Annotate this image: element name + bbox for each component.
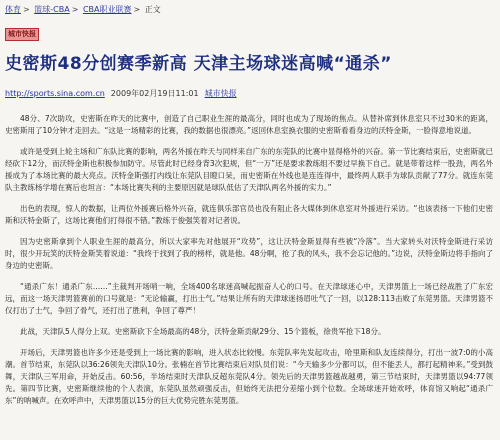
breadcrumb-link-sports[interactable]: 体育 [5, 5, 21, 14]
article-paragraph: 出色的表现，惊人的数据，让两位外援赛后格外兴奋，就连俱乐部官员也没有阻止各大媒体… [5, 203, 493, 227]
publish-datetime: 2009年02月19日11:01 [111, 89, 199, 98]
article-body: 48分、7次助攻，史密斯在昨天的比赛中，创造了自己职业生涯的最高分，同时也成为了… [5, 113, 493, 407]
breadcrumb-link-cba-league[interactable]: CBA职业联赛 [83, 5, 132, 14]
article-title: 史密斯48分创赛季新高 天津主场球迷高喊“通杀” [5, 54, 493, 75]
article-page: 体育> 篮球-CBA> CBA职业联赛> 正文 城市快报 史密斯48分创赛季新高… [0, 0, 500, 407]
source-name-link[interactable]: 城市快报 [205, 89, 237, 98]
source-url-link[interactable]: http://sports.sina.com.cn [5, 89, 105, 98]
article-paragraph: 此战，天津队5人得分上双。史密斯砍下全场最高的48分，沃特金斯贡献29分、15个… [5, 326, 493, 338]
breadcrumb-link-basketball-cba[interactable]: 篮球-CBA [34, 5, 69, 14]
article-meta: http://sports.sina.com.cn2009年02月19日11:0… [5, 89, 493, 99]
article-paragraph: 或许是受到上轮主场和广东队比赛的影响，两名外援在昨天与同样来自广东的东莞队的比赛… [5, 146, 493, 194]
article-paragraph: “通杀广东！通杀广东……”主裁判开场哨一响，全场400名球迷高喊起振奋人心的口号… [5, 281, 493, 317]
column-badge: 城市快报 [5, 28, 39, 41]
breadcrumb-separator: > [72, 5, 79, 14]
breadcrumb: 体育> 篮球-CBA> CBA职业联赛> 正文 [5, 5, 493, 15]
article-paragraph: 因为史密斯拿到个人职业生涯的最高分，所以大家率先对他展开“攻势”，这让沃特金斯显… [5, 236, 493, 272]
article-paragraph: 48分、7次助攻，史密斯在昨天的比赛中，创造了自己职业生涯的最高分，同时也成为了… [5, 113, 493, 137]
article-paragraph: 开场后，天津男篮也许多少还是受到上一场比赛的影响，进入状态比较慢。东莞队率先发起… [5, 347, 493, 407]
breadcrumb-current-page: 正文 [145, 5, 161, 14]
breadcrumb-separator: > [133, 5, 140, 14]
breadcrumb-separator: > [23, 5, 30, 14]
